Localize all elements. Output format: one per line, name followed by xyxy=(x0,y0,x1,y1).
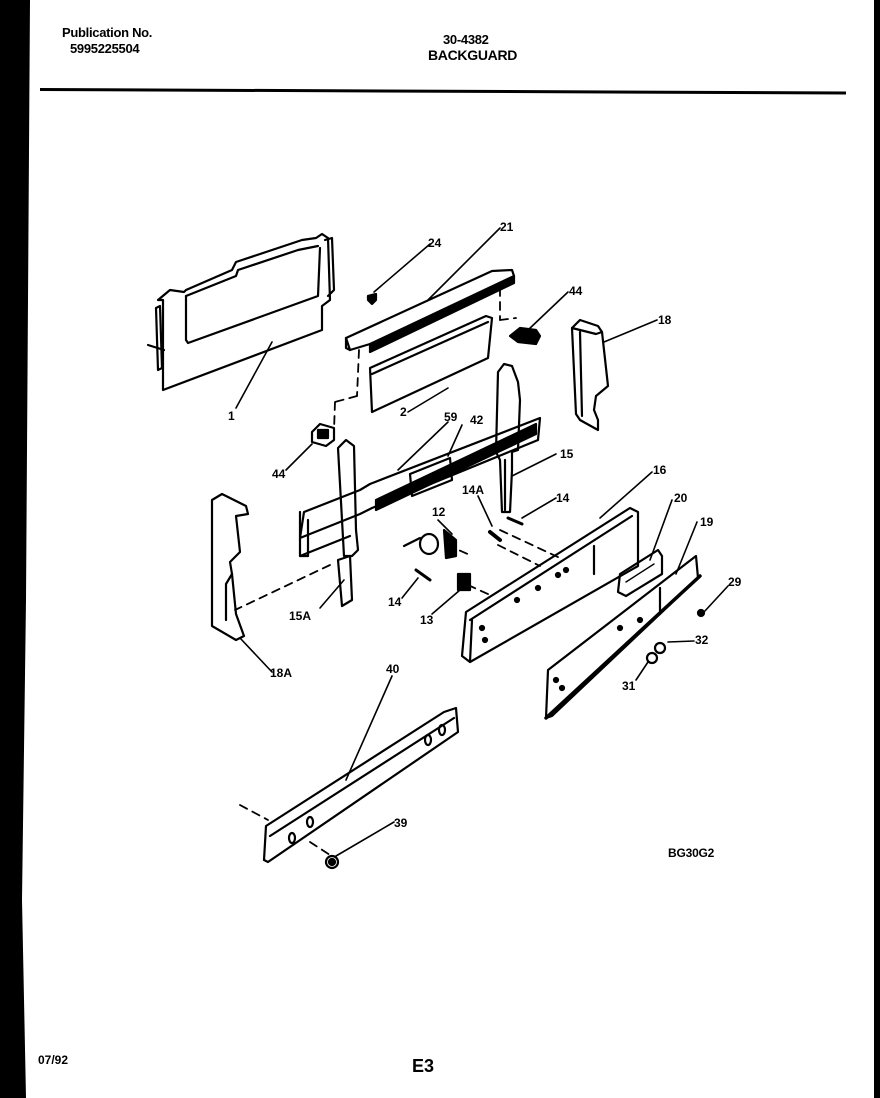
part-12-timer xyxy=(404,530,456,558)
callout-14-lower: 14 xyxy=(388,595,402,609)
callout-1: 1 xyxy=(228,409,235,423)
part-24-screw xyxy=(368,294,376,304)
callout-21: 21 xyxy=(500,220,514,234)
part-40-mounting-bracket xyxy=(264,708,458,862)
callout-14a: 14A xyxy=(462,483,484,497)
callout-44-left: 44 xyxy=(272,467,286,481)
callout-19: 19 xyxy=(700,515,714,529)
part-1-backguard-panel xyxy=(148,234,334,390)
part-39-nut xyxy=(326,856,338,868)
part-18a-end-cap-left xyxy=(212,494,248,640)
callout-18: 18 xyxy=(658,313,672,327)
callout-59: 59 xyxy=(444,410,458,424)
callout-40: 40 xyxy=(386,662,400,676)
callout-32: 32 xyxy=(695,633,709,647)
callout-2: 2 xyxy=(400,405,407,419)
part-18-end-cap-right xyxy=(572,320,608,430)
callout-15a: 15A xyxy=(289,609,311,623)
callout-44-right: 44 xyxy=(569,284,583,298)
part-15a-bracket xyxy=(338,440,358,606)
part-14-screws xyxy=(416,518,522,580)
alignment-lines xyxy=(235,288,560,855)
callout-31: 31 xyxy=(622,679,636,693)
part-13-switch xyxy=(458,574,470,590)
callout-42: 42 xyxy=(470,413,484,427)
callout-39: 39 xyxy=(394,816,408,830)
footer-date: 07/92 xyxy=(38,1053,68,1067)
callout-13: 13 xyxy=(420,613,434,627)
part-31-32-knob xyxy=(647,643,665,663)
callout-14-upper: 14 xyxy=(556,491,570,505)
part-19-trim-overlay xyxy=(546,556,700,718)
diagram-code: BG30G2 xyxy=(668,846,714,860)
part-29-screw xyxy=(698,610,704,616)
callout-29: 29 xyxy=(728,575,742,589)
exploded-parts-diagram: 1 2 12 13 14 14 14A 15 15A 16 18 18A 19 … xyxy=(0,0,880,1098)
callout-24: 24 xyxy=(428,236,442,250)
callout-20: 20 xyxy=(674,491,688,505)
callout-labels: 1 2 12 13 14 14 14A 15 15A 16 18 18A 19 … xyxy=(228,220,742,830)
callout-12: 12 xyxy=(432,505,446,519)
callout-16: 16 xyxy=(653,463,667,477)
leader-lines xyxy=(236,228,728,856)
callout-18a: 18A xyxy=(270,666,292,680)
callout-15: 15 xyxy=(560,447,574,461)
part-44-clip-right xyxy=(510,328,540,344)
part-44-clip-left xyxy=(312,424,334,446)
page-code: E3 xyxy=(412,1056,434,1077)
